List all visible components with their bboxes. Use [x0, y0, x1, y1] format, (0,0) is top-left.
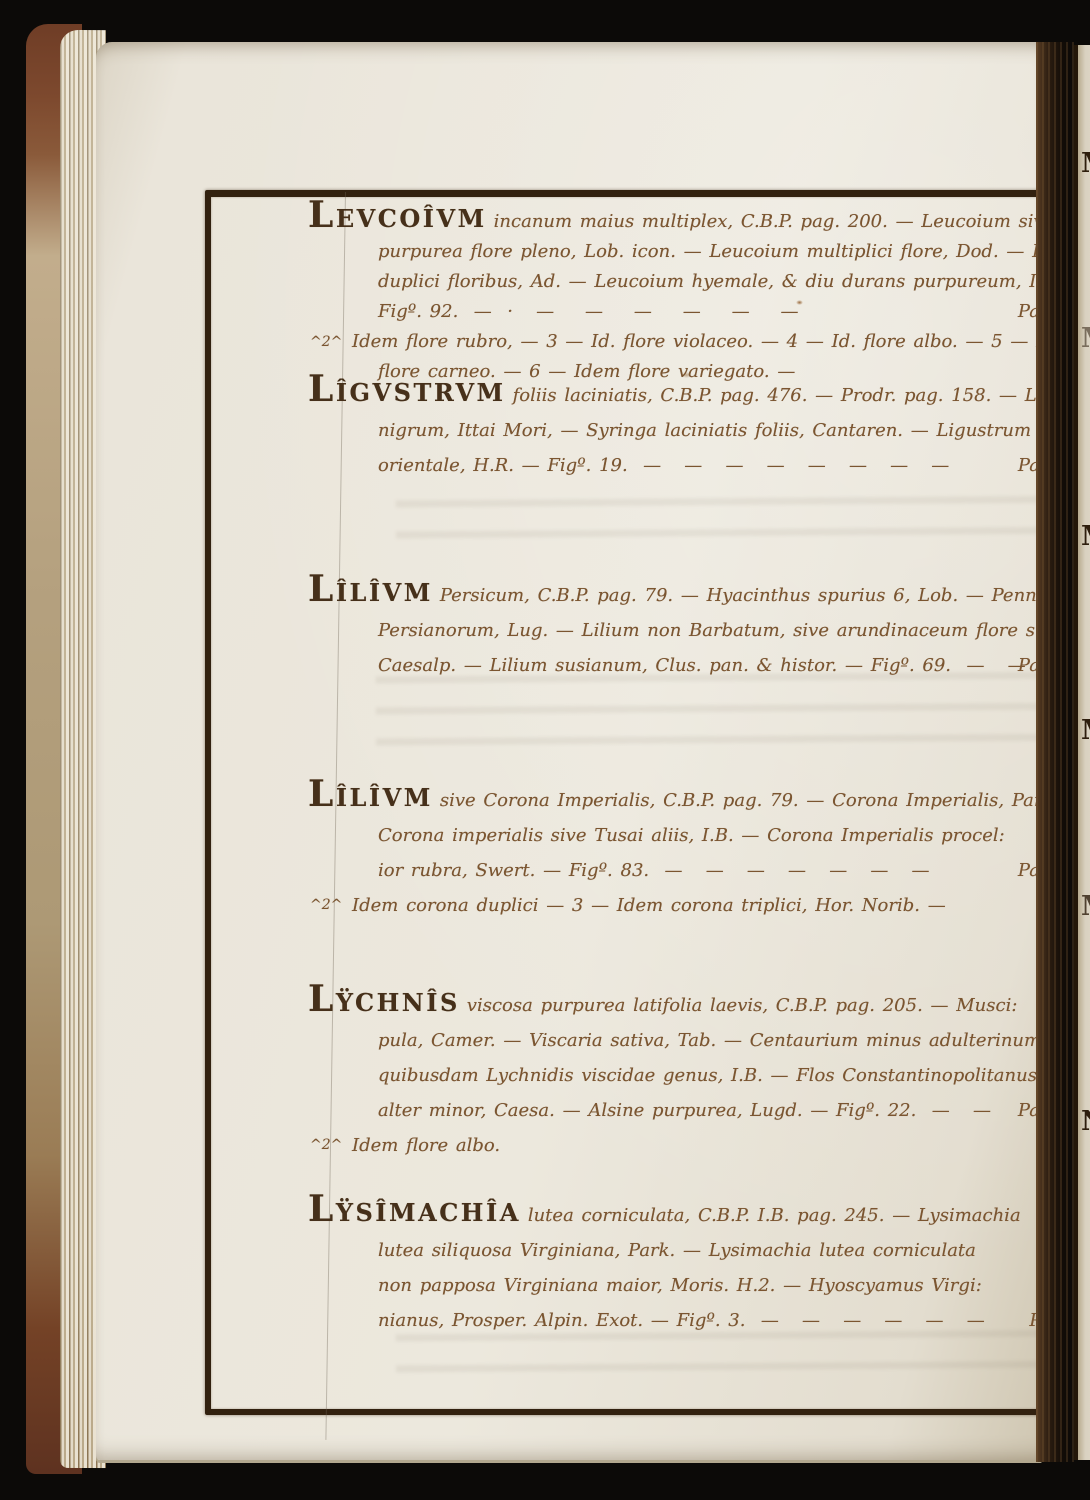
- entry-line: Corona imperialis sive Tusai aliis, I.B.…: [308, 818, 1090, 853]
- entry-line-text: Idem flore albo.: [352, 1135, 500, 1156]
- next-page-sliver: M M M M M N: [1074, 45, 1090, 1460]
- entry-lysimachia: Lÿsîmachîalutea corniculata, C.B.P. I.B.…: [308, 1192, 1090, 1338]
- entry-line: orientale, H.R. — Figº. 19. — — — — — — …: [308, 448, 1090, 483]
- entry-lilium-persicum: LîlîvmPersicum, C.B.P. pag. 79. — Hyacin…: [308, 572, 1090, 683]
- entry-subline: ^2^Idem corona duplici — 3 — Idem corona…: [308, 888, 1090, 923]
- entry-line: ior rubra, Swert. — Figº. 83. — — — — — …: [308, 853, 1090, 888]
- entry-line: non papposa Virginiana maior, Moris. H.2…: [308, 1268, 1090, 1303]
- entry-line: quibusdam Lychnidis viscidae genus, I.B.…: [308, 1058, 1090, 1093]
- entry-lemma: Lîlîvm: [308, 777, 433, 815]
- page-gutter-shadow: [1036, 42, 1074, 1462]
- entry-line-text: viscosa purpurea latifolia laevis, C.B.P…: [467, 995, 1018, 1016]
- entry-line-text: Idem corona duplici — 3 — Idem corona tr…: [352, 895, 946, 916]
- entry-line: lutea siliquosa Virginiana, Park. — Lysi…: [308, 1233, 1090, 1268]
- entry-lemma: Lîgvstrvm: [308, 372, 506, 410]
- entry-line-text: sive Corona Imperialis, C.B.P. pag. 79. …: [440, 790, 1059, 811]
- figure-ref: orientale, H.R. — Figº. 19. — — — — — — …: [378, 455, 949, 476]
- entry-line-text: non papposa Virginiana maior, Moris. H.2…: [378, 1275, 982, 1296]
- entry-line: pula, Camer. — Viscaria sativa, Tab. — C…: [308, 1023, 1090, 1058]
- next-page-letter: N: [1081, 1108, 1090, 1135]
- next-page-letter: M: [1081, 150, 1090, 177]
- manuscript-page: Levcoîvmincanum maius multiplex, C.B.P. …: [96, 42, 1042, 1460]
- entry-line: Figº. 92. — · — — — — — —Pag. ^96^: [308, 297, 1090, 327]
- entry-line: Persianorum, Lug. — Lilium non Barbatum,…: [308, 613, 1090, 648]
- next-page-letter: M: [1081, 717, 1090, 744]
- entry-line-text: pula, Camer. — Viscaria sativa, Tab. — C…: [378, 1030, 1041, 1051]
- entry-line-text: lutea corniculata, C.B.P. I.B. pag. 245.…: [528, 1205, 1021, 1226]
- entry-line: Lÿchnîsviscosa purpurea latifolia laevis…: [308, 982, 1090, 1023]
- entry-lemma: Lîlîvm: [308, 572, 433, 610]
- entry-line: purpurea flore pleno, Lob. icon. — Leuco…: [308, 237, 1090, 267]
- entry-line-text: foliis laciniatis, C.B.P. pag. 476. — Pr…: [513, 385, 1090, 406]
- entry-lemma: Lÿsîmachîa: [308, 1192, 521, 1230]
- entry-line: nigrum, Ittai Mori, — Syringa laciniatis…: [308, 413, 1090, 448]
- next-page-letter: M: [1081, 893, 1090, 920]
- entry-line: duplici floribus, Ad. — Leucoium hyemale…: [308, 267, 1090, 297]
- entry-line-text: incanum maius multiplex, C.B.P. pag. 200…: [494, 211, 1090, 232]
- entry-lychnis: Lÿchnîsviscosa purpurea latifolia laevis…: [308, 982, 1090, 1163]
- figure-ref: nianus, Prosper. Alpin. Exot. — Figº. 3.…: [378, 1310, 985, 1331]
- figure-ref: ior rubra, Swert. — Figº. 83. — — — — — …: [378, 860, 930, 881]
- entry-line-text: lutea siliquosa Virginiana, Park. — Lysi…: [378, 1240, 976, 1261]
- entry-leucoium: Levcoîvmincanum maius multiplex, C.B.P. …: [308, 200, 1090, 387]
- entry-lemma: Lÿchnîs: [308, 982, 460, 1020]
- entry-line: Lÿsîmachîalutea corniculata, C.B.P. I.B.…: [308, 1192, 1090, 1233]
- entry-line-text: duplici floribus, Ad. — Leucoium hyemale…: [378, 271, 1087, 292]
- entry-subline: ^2^Idem flore rubro, — 3 — Id. flore vio…: [308, 327, 1090, 357]
- margin-number: ^2^: [310, 1128, 342, 1163]
- margin-number: ^2^: [310, 327, 342, 357]
- entry-lemma: Levcoîvm: [308, 200, 487, 234]
- entry-line-text: Corona imperialis sive Tusai aliis, I.B.…: [378, 825, 1005, 846]
- entry-ligustrum: Lîgvstrvmfoliis laciniatis, C.B.P. pag. …: [308, 372, 1090, 483]
- entry-line-text: Persianorum, Lug. — Lilium non Barbatum,…: [378, 620, 1090, 641]
- entry-line-text: Persicum, C.B.P. pag. 79. — Hyacinthus s…: [440, 585, 1086, 606]
- index-entries: Levcoîvmincanum maius multiplex, C.B.P. …: [308, 194, 1090, 1394]
- entry-line-text: purpurea flore pleno, Lob. icon. — Leuco…: [378, 241, 1090, 262]
- entry-line: LîlîvmPersicum, C.B.P. pag. 79. — Hyacin…: [308, 572, 1090, 613]
- entry-lilium-corona-imperialis: Lîlîvmsive Corona Imperialis, C.B.P. pag…: [308, 777, 1090, 923]
- entry-line-text: nigrum, Ittai Mori, — Syringa laciniatis…: [378, 420, 1031, 441]
- figure-ref: Caesalp. — Lilium susianum, Clus. pan. &…: [378, 655, 1067, 676]
- next-page-letter: M: [1081, 523, 1090, 550]
- entry-line: Caesalp. — Lilium susianum, Clus. pan. &…: [308, 648, 1090, 683]
- entry-line-text: quibusdam Lychnidis viscidae genus, I.B.…: [378, 1065, 1037, 1086]
- entry-line: alter minor, Caesa. — Alsine purpurea, L…: [308, 1093, 1090, 1128]
- entry-line: Lîlîvmsive Corona Imperialis, C.B.P. pag…: [308, 777, 1090, 818]
- figure-ref: alter minor, Caesa. — Alsine purpurea, L…: [378, 1100, 991, 1121]
- next-page-letter: M: [1081, 325, 1090, 352]
- entry-subline: ^2^Idem flore albo.: [308, 1128, 1090, 1163]
- entry-line: Levcoîvmincanum maius multiplex, C.B.P. …: [308, 200, 1090, 237]
- photograph-of-manuscript-book: { "document": { "type": "handwritten bot…: [0, 0, 1090, 1500]
- entry-line: nianus, Prosper. Alpin. Exot. — Figº. 3.…: [308, 1303, 1090, 1338]
- entry-line-text: Idem flore rubro, — 3 — Id. flore violac…: [352, 331, 1082, 352]
- entry-line: Lîgvstrvmfoliis laciniatis, C.B.P. pag. …: [308, 372, 1090, 413]
- margin-number: ^2^: [310, 888, 342, 923]
- figure-ref: Figº. 92. — · — — — — — —: [378, 301, 799, 322]
